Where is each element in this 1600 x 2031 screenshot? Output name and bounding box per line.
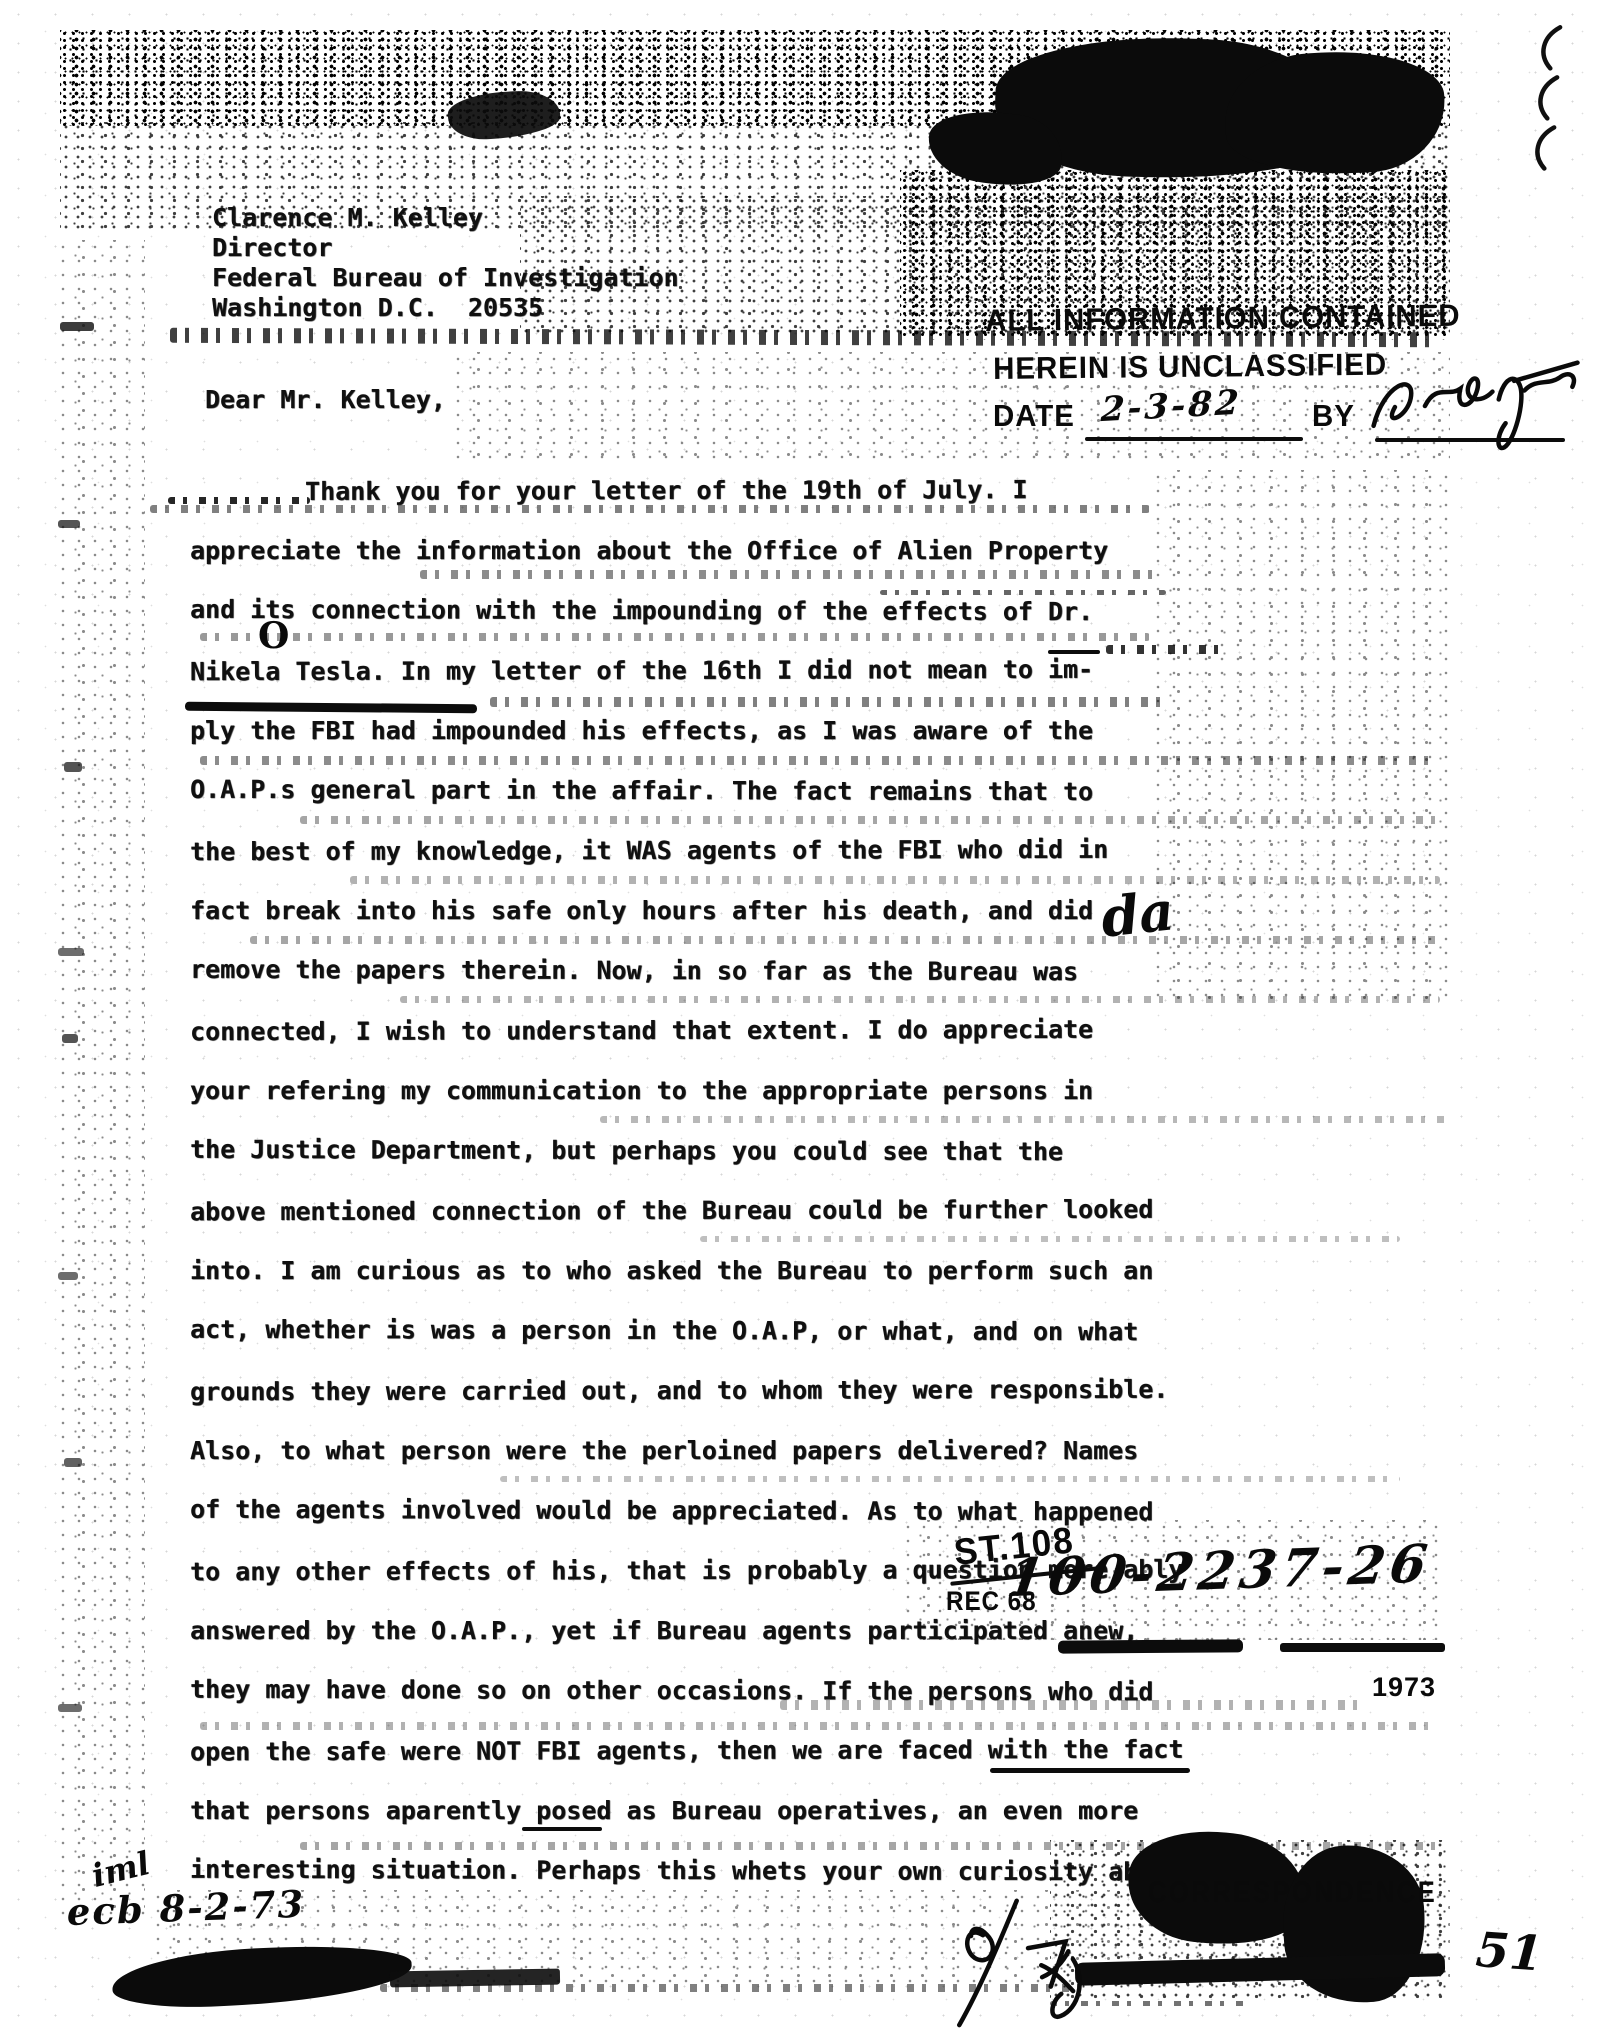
smear-before-thank [168,497,310,504]
ink-smear-tail [390,1969,560,1988]
unclassified-stamp-line2: HEREIN IS UNCLASSIFIED [993,347,1387,387]
letter-line: they may have done so on other occasions… [190,1675,1153,1707]
date-label: DATE [993,398,1075,434]
letter-line: into. I am curious as to who asked the B… [190,1256,1153,1285]
smear-strip [500,1476,1400,1482]
redaction-blob-correspondence [1278,1840,1431,2008]
smear-anew-extension [1280,1643,1445,1652]
handwritten-signature [1363,348,1600,466]
letter-line: that persons aparently posed as Bureau o… [190,1796,1138,1825]
ink-smear-bottom-left [111,1940,414,2012]
edge-mark [64,1458,82,1467]
letter-line: Thank you for your letter of the 19th of… [305,475,1028,506]
underline-with-the-fact [990,1768,1190,1773]
letter-line: interesting situation. Perhaps this whet… [190,1855,1138,1886]
smear-strip [350,876,1440,884]
edge-mark [62,1034,78,1043]
edge-mark [58,1272,78,1280]
edge-mark [60,322,94,331]
underline-posed [522,1827,602,1831]
recipient-name: Clarence M. Kelley [212,203,483,233]
smear-strip [200,756,1440,765]
letter-line: remove the papers therein. Now, in so fa… [190,955,1078,986]
smear-strip [300,816,1440,824]
smear-strip [250,936,1440,944]
smear-after-dr [1106,645,1221,654]
smear-strip [700,1236,1400,1242]
smear-strip [200,1722,1440,1730]
letter-line: Also, to what person were the perloined … [190,1436,1138,1465]
edge-mark [58,1704,82,1712]
smear-strip [600,1116,1450,1123]
year-date-stamp: 1973 [1372,1672,1436,1703]
stamp-underline [1085,437,1303,441]
handwritten-page-number: 51 [1474,1922,1545,1983]
handwritten-margin-marks [1509,15,1600,185]
letter-line: fact break into his safe only hours afte… [190,896,1093,925]
scanned-letter-page: Clarence M. Kelley Director Federal Bure… [0,0,1600,2031]
letter-line: act, whether is was a person in the O.A.… [190,1315,1138,1346]
recipient-address: Washington D.C. 20535 [212,293,543,323]
letter-line: grounds they were carried out, and to wh… [190,1375,1168,1407]
smear-anew [1058,1639,1243,1653]
letter-line: and its connection with the impounding o… [190,595,1093,626]
letter-line: of the agents involved would be apprecia… [190,1495,1153,1527]
noise-column-right [1150,470,1450,1000]
handwritten-date-note: ecb 8-2-73 [66,1882,306,1934]
letter-line: your refering my communication to the ap… [190,1076,1093,1105]
handwritten-scribble [940,1886,1119,2031]
handwritten-date: 2-3-82 [1100,383,1243,431]
letter-line: answered by the O.A.P., yet if Bureau ag… [190,1616,1138,1645]
by-label: BY [1312,398,1355,434]
smear-strip [200,633,1150,641]
edge-mark [58,948,84,956]
recipient-agency: Federal Bureau of Investigation [212,263,679,293]
handwritten-margin-da: da [1098,878,1177,949]
salutation: Dear Mr. Kelley, [205,385,446,415]
letter-line: O.A.P.s general part in the affair. The … [190,775,1093,806]
letter-line: open the safe were NOT FBI agents, then … [190,1735,1183,1767]
smear-strip [490,697,1170,707]
noise-column-left-edge [55,240,145,1920]
underline-nikola-tesla [185,702,477,714]
underline-dr [1048,650,1100,654]
letter-line: the best of my knowledge, it WAS agents … [190,835,1108,866]
ink-blot [447,88,562,142]
edge-mark [64,762,82,772]
smear-strip [400,996,1440,1003]
letter-line: Nikela Tesla. In my letter of the 16th I… [190,655,1093,686]
underline-alien-property [880,590,1166,595]
unclassified-stamp-line1: ALL INFORMATION CONTAINED [985,298,1461,339]
edge-mark [58,520,80,528]
smear-strip [420,570,1160,579]
smear-strip [150,505,1150,513]
letter-line: appreciate the information about the Off… [190,536,1108,565]
letter-line: above mentioned connection of the Bureau… [190,1195,1153,1227]
handwritten-o-correction: O [258,615,289,657]
recipient-title: Director [212,233,332,263]
letter-line: connected, I wish to understand that ext… [190,1015,1093,1046]
correspondence-stamp: CORRESPONDENCE [1148,1876,1437,1910]
letter-line: the Justice Department, but perhaps you … [190,1135,1063,1166]
letter-line: ply the FBI had impounded his effects, a… [190,716,1093,745]
